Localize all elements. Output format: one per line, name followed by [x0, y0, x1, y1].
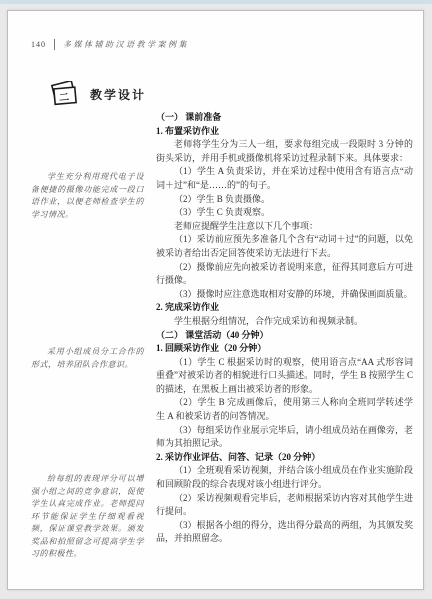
- book-stack-icon: 二: [48, 81, 80, 108]
- section-icon-label: 二: [59, 91, 70, 104]
- section-subheading: 2. 采访作业评估、问答、记录（20 分钟）: [156, 451, 413, 465]
- margin-note: 给每组的表现评分可以增强小组之间的竞争意识，促使学生认真完成作业。老师提问环节能…: [31, 473, 144, 561]
- section-heading: 二 教学设计: [48, 81, 146, 108]
- paragraph: （1）采访前应预先多准备几个含有“动词＋过”的问题，以免被采访者给出否定回答使采…: [156, 233, 413, 260]
- paragraph: （3）学生 C 负责观察。: [156, 206, 413, 220]
- section-subheading: （二） 课堂活动（40 分钟）: [156, 329, 413, 343]
- margin-note: 采用小组成员分工合作的形式，培养团队合作意识。: [31, 346, 144, 371]
- section-title: 教学设计: [90, 86, 146, 103]
- page-number: 140: [31, 40, 46, 49]
- paragraph: （3）根据各小组的得分，选出得分最高的两组，为其颁发奖品，并拍照留念。: [156, 519, 413, 546]
- section-subheading: 1. 布置采访作业: [156, 125, 413, 139]
- paragraph: （3）摄像时应注意选取相对安静的环境，并确保画面质量。: [156, 288, 413, 302]
- paragraph: （1）全班观看采访视频，并结合该小组成员在作业实施阶段和回顾阶段的综合表现对该小…: [156, 464, 413, 491]
- section-subheading: （一） 课前准备: [156, 111, 413, 125]
- main-text: （一） 课前准备1. 布置采访作业老师将学生分为三人一组，要求每组完成一段限时 …: [156, 111, 413, 546]
- paragraph: （2）学生 B 负责摄像。: [156, 193, 413, 207]
- section-subheading: 2. 完成采访作业: [156, 301, 413, 315]
- page-header: 140 多媒体辅助汉语教学案例集: [31, 39, 189, 50]
- paragraph: （1）学生 A 负责采访，并在采访过程中使用含有语言点“动词＋过”和“是……的”…: [156, 165, 413, 192]
- paragraph: 老师应提醒学生注意以下几个事项：: [156, 220, 413, 234]
- paragraph: （2）采访视频观看完毕后，老师根据采访内容对其他学生进行提问。: [156, 492, 413, 519]
- paragraph: 老师将学生分为三人一组，要求每组完成一段限时 3 分钟的街头采访，并用手机或摄像…: [156, 138, 413, 165]
- paragraph: （3）每组采访作业展示完毕后，请小组成员站在画像旁，老师为其拍照记录。: [156, 424, 413, 451]
- book-page: 140 多媒体辅助汉语教学案例集 二 教学设计 学生充分利用现代电子设备便捷的摄…: [7, 10, 424, 590]
- margin-note: 学生充分利用现代电子设备便捷的摄像功能完成一段口语作业，以便老师检查学生的学习情…: [31, 171, 144, 221]
- section-subheading: 1. 回顾采访作业（20 分钟）: [156, 342, 413, 356]
- book-title: 多媒体辅助汉语教学案例集: [63, 39, 189, 50]
- paragraph: 学生根据分组情况，合作完成采访和视频录制。: [156, 315, 413, 329]
- paragraph: （1）学生 C 根据采访时的观察，使用语言点“AA 式形容词重叠”对被采访者的相…: [156, 356, 413, 397]
- window-top-strip: [0, 0, 432, 4]
- paragraph: （2）摄像前应先向被采访者说明来意，征得其同意后方可进行摄像。: [156, 261, 413, 288]
- paragraph: （2）学生 B 完成画像后，使用第三人称向全班同学转述学生 A 和被采访者的问答…: [156, 396, 413, 423]
- header-divider: [54, 39, 55, 50]
